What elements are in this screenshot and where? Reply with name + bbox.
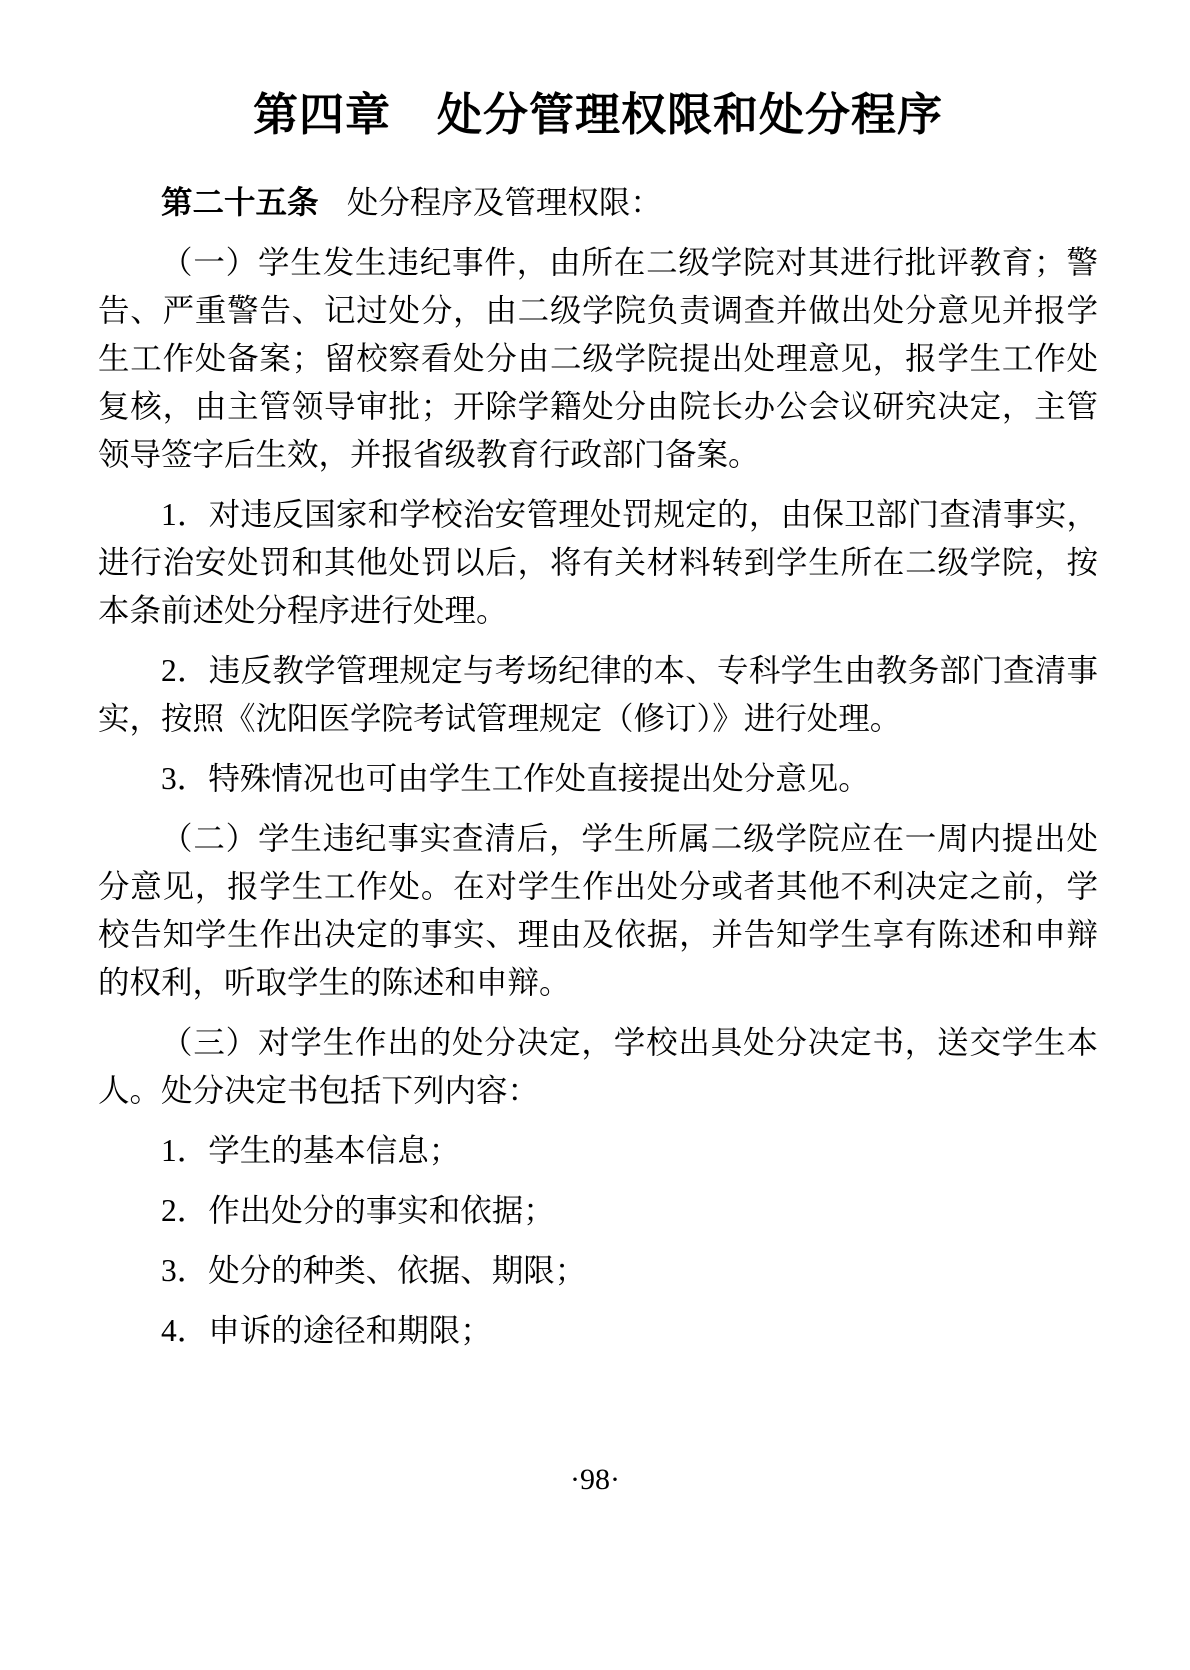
document-body: 第二十五条处分程序及管理权限： （一）学生发生违纪事件，由所在二级学院对其进行批… <box>98 178 1098 1355</box>
document-content: 第四章 处分管理权限和处分程序 第二十五条处分程序及管理权限： （一）学生发生违… <box>98 82 1098 1367</box>
article-number: 第二十五条 <box>161 184 319 220</box>
page-number: ·98· <box>0 1462 1190 1498</box>
decision-list-item-3: 3．处分的种类、依据、期限； <box>98 1247 1098 1295</box>
para-section-2: （二）学生违纪事实查清后，学生所属二级学院应在一周内提出处分意见，报学生工作处。… <box>98 815 1098 1007</box>
chapter-title: 第四章 处分管理权限和处分程序 <box>98 82 1098 148</box>
para-section-1-item-3: 3．特殊情况也可由学生工作处直接提出处分意见。 <box>98 755 1098 803</box>
document-page: 第四章 处分管理权限和处分程序 第二十五条处分程序及管理权限： （一）学生发生违… <box>0 0 1190 1670</box>
para-section-3: （三）对学生作出的处分决定，学校出具处分决定书，送交学生本人。处分决定书包括下列… <box>98 1019 1098 1115</box>
para-section-1: （一）学生发生违纪事件，由所在二级学院对其进行批评教育；警告、严重警告、记过处分… <box>98 239 1098 479</box>
para-article-25: 第二十五条处分程序及管理权限： <box>98 178 1098 227</box>
para-section-1-item-1: 1．对违反国家和学校治安管理处罚规定的，由保卫部门查清事实，进行治安处罚和其他处… <box>98 491 1098 635</box>
decision-list-item-1: 1．学生的基本信息； <box>98 1127 1098 1175</box>
para-section-1-item-2: 2．违反教学管理规定与考场纪律的本、专科学生由教务部门查清事实，按照《沈阳医学院… <box>98 647 1098 743</box>
decision-list-item-4: 4．申诉的途径和期限； <box>98 1307 1098 1355</box>
decision-list-item-2: 2．作出处分的事实和依据； <box>98 1187 1098 1235</box>
article-heading-text: 处分程序及管理权限： <box>347 185 662 220</box>
